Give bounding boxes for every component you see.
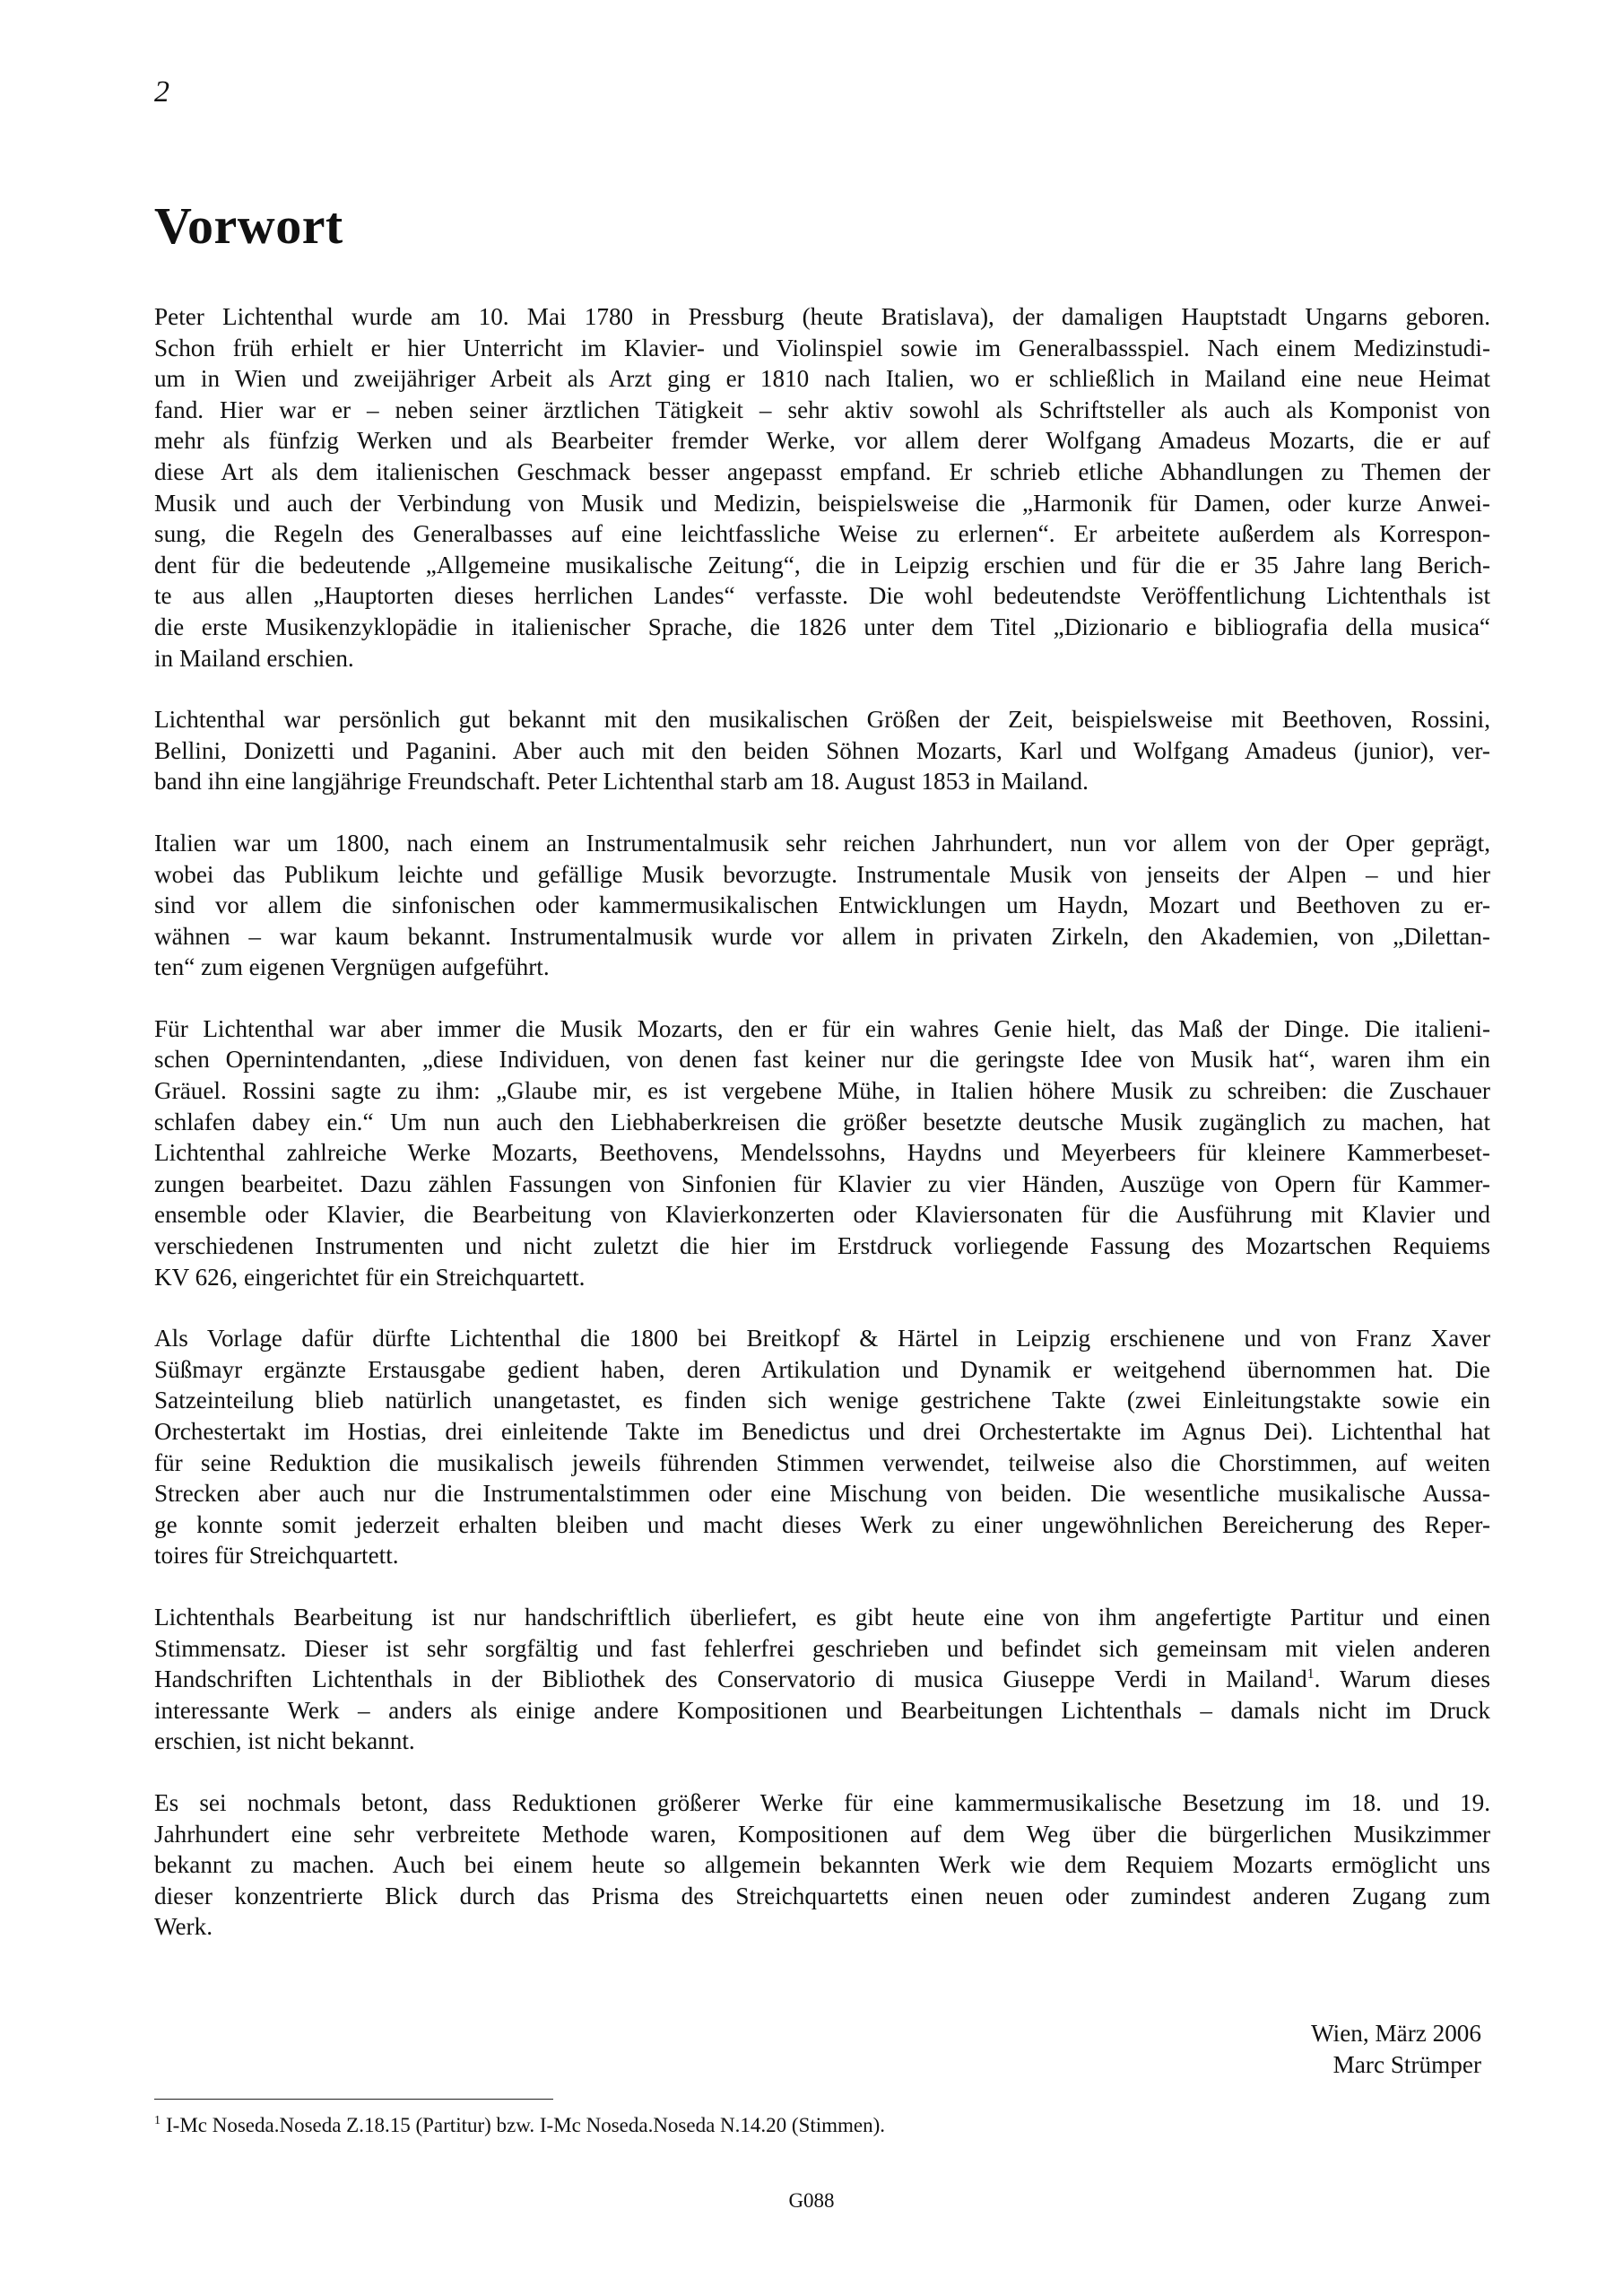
text-line: für seine Reduktion die musikalisch jewe…	[154, 1448, 1490, 1479]
footer-code: G088	[0, 2189, 1623, 2213]
text-segment: . Warum dieses	[1315, 1665, 1490, 1692]
footnote-reference[interactable]: 1	[1307, 1666, 1315, 1682]
text-line: Jahrhundert eine sehr verbreitete Method…	[154, 1819, 1490, 1850]
text-line: ge konnte somit jederzeit erhalten bleib…	[154, 1509, 1490, 1541]
text-line: Lichtenthal zahlreiche Werke Mozarts, Be…	[154, 1137, 1490, 1169]
text-line: Für Lichtenthal war aber immer die Musik…	[154, 1013, 1490, 1045]
text-line: te aus allen „Hauptorten dieses herrlich…	[154, 580, 1490, 612]
text-line: dieser konzentrierte Blick durch das Pri…	[154, 1881, 1490, 1912]
text-line: interessante Werk – anders als einige an…	[154, 1695, 1490, 1726]
text-line: erschien, ist nicht bekannt.	[154, 1726, 1490, 1757]
paragraph-mozart-arrangements: Für Lichtenthal war aber immer die Musik…	[154, 1013, 1490, 1292]
text-line: fand. Hier war er – neben seiner ärztlic…	[154, 395, 1490, 426]
text-line: Stimmensatz. Dieser ist sehr sorgfältig …	[154, 1633, 1490, 1665]
text-line: dent für die bedeutende „Allgemeine musi…	[154, 550, 1490, 581]
text-line: Lichtenthal war persönlich gut bekannt m…	[154, 704, 1490, 735]
text-line: wähnen – war kaum bekannt. Instrumentalm…	[154, 921, 1490, 952]
footnote-divider	[154, 2099, 553, 2100]
footnote-marker: 1	[154, 2114, 161, 2127]
text-line: in Mailand erschien.	[154, 643, 1490, 674]
text-line: ensemble oder Klavier, die Bearbeitung v…	[154, 1199, 1490, 1231]
text-line: Italien war um 1800, nach einem an Instr…	[154, 828, 1490, 859]
text-line: toires für Streichquartett.	[154, 1540, 1490, 1571]
text-line: band ihn eine langjährige Freundschaft. …	[154, 766, 1490, 797]
paragraph-acquaintances: Lichtenthal war persönlich gut bekannt m…	[154, 704, 1490, 797]
signature-block: Wien, März 2006 Marc Strümper	[1311, 2018, 1481, 2080]
footnote: 1I-Mc Noseda.Noseda Z.18.15 (Partitur) b…	[154, 2114, 885, 2137]
text-line: Orchestertakt im Hostias, drei einleiten…	[154, 1416, 1490, 1448]
text-line: verschiedenen Instrumenten und nicht zul…	[154, 1231, 1490, 1262]
document-body: Peter Lichtenthal wurde am 10. Mai 1780 …	[154, 301, 1490, 1973]
paragraph-conclusion: Es sei nochmals betont, dass Reduktionen…	[154, 1787, 1490, 1943]
text-line: schen Opernintendanten, „diese Individue…	[154, 1044, 1490, 1075]
text-line: Lichtenthals Bearbeitung ist nur handsch…	[154, 1602, 1490, 1633]
text-line: Schon früh erhielt er hier Unterricht im…	[154, 333, 1490, 364]
text-line: um in Wien und zweijähriger Arbeit als A…	[154, 363, 1490, 395]
text-line: ten“ zum eigenen Vergnügen aufgeführt.	[154, 952, 1490, 983]
text-line: Bellini, Donizetti und Paganini. Aber au…	[154, 735, 1490, 767]
text-line: Als Vorlage dafür dürfte Lichtenthal die…	[154, 1323, 1490, 1354]
text-line: Süßmayr ergänzte Erstausgabe gedient hab…	[154, 1354, 1490, 1386]
text-line: wobei das Publikum leichte und gefällige…	[154, 859, 1490, 891]
text-line: Werk.	[154, 1911, 1490, 1943]
text-line: Peter Lichtenthal wurde am 10. Mai 1780 …	[154, 301, 1490, 333]
paragraph-biography: Peter Lichtenthal wurde am 10. Mai 1780 …	[154, 301, 1490, 674]
footnote-text: I-Mc Noseda.Noseda Z.18.15 (Partitur) bz…	[166, 2114, 885, 2136]
text-line: KV 626, eingerichtet für ein Streichquar…	[154, 1262, 1490, 1293]
text-line: Gräuel. Rossini sagte zu ihm: „Glaube mi…	[154, 1075, 1490, 1107]
text-line: zungen bearbeitet. Dazu zählen Fassungen…	[154, 1169, 1490, 1200]
page-title: Vorwort	[154, 196, 343, 256]
text-line-with-footnote: Handschriften Lichtenthals in der Biblio…	[154, 1664, 1490, 1695]
paragraph-source-edition: Als Vorlage dafür dürfte Lichtenthal die…	[154, 1323, 1490, 1571]
text-line: bekannt zu machen. Auch bei einem heute …	[154, 1849, 1490, 1881]
paragraph-italy-1800: Italien war um 1800, nach einem an Instr…	[154, 828, 1490, 983]
text-line: Es sei nochmals betont, dass Reduktionen…	[154, 1787, 1490, 1819]
text-line: mehr als fünfzig Werken und als Bearbeit…	[154, 425, 1490, 457]
text-segment: Handschriften Lichtenthals in der Biblio…	[154, 1665, 1307, 1692]
page-number: 2	[154, 75, 169, 109]
signature-author: Marc Strümper	[1311, 2049, 1481, 2081]
signature-place-date: Wien, März 2006	[1311, 2018, 1481, 2049]
text-line: Musik und auch der Verbindung von Musik …	[154, 488, 1490, 519]
text-line: Satzeinteilung blieb natürlich unangetas…	[154, 1385, 1490, 1416]
text-line: sind vor allem die sinfonischen oder kam…	[154, 890, 1490, 921]
text-line: die erste Musikenzyklopädie in italienis…	[154, 612, 1490, 643]
text-line: Strecken aber auch nur die Instrumentals…	[154, 1478, 1490, 1509]
text-line: schlafen dabey ein.“ Um nun auch den Lie…	[154, 1107, 1490, 1138]
text-line: sung, die Regeln des Generalbasses auf e…	[154, 518, 1490, 550]
paragraph-manuscript: Lichtenthals Bearbeitung ist nur handsch…	[154, 1602, 1490, 1757]
text-line: diese Art als dem italienischen Geschmac…	[154, 457, 1490, 488]
